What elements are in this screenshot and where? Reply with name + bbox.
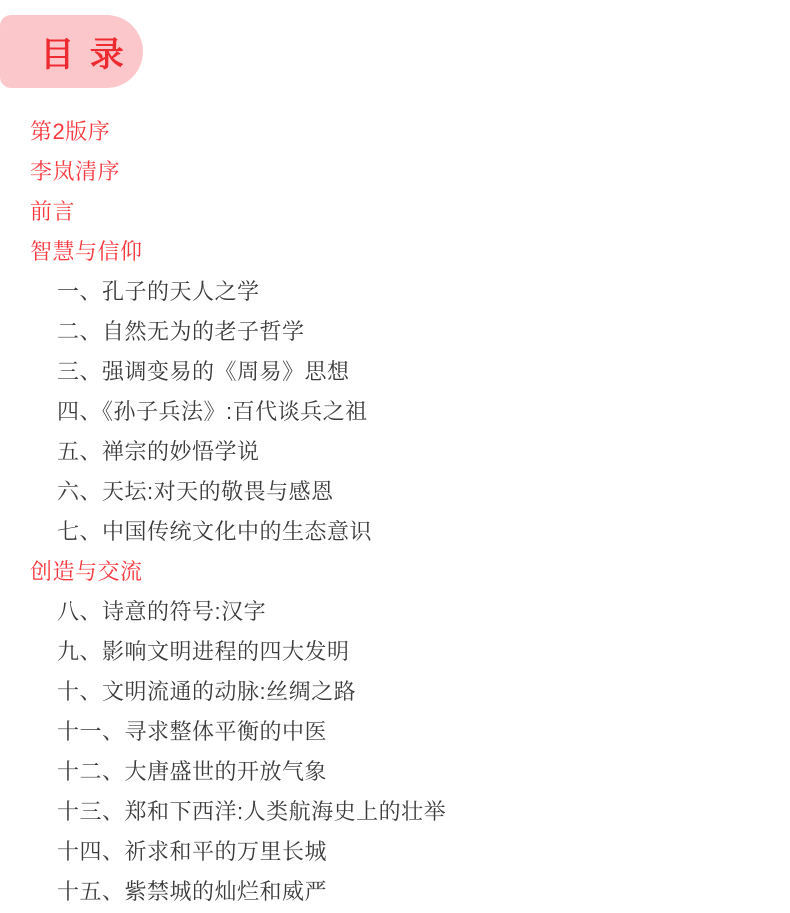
toc-entry: 五、禅宗的妙悟学说 [0,432,790,472]
toc-list: 第2版序李岚清序前言智慧与信仰一、孔子的天人之学二、自然无为的老子哲学三、强调变… [0,112,790,912]
toc-section-heading: 第2版序 [0,112,790,152]
toc-entry: 八、诗意的符号:汉字 [0,592,790,632]
toc-section-heading: 创造与交流 [0,552,790,592]
toc-entry: 七、中国传统文化中的生态意识 [0,512,790,552]
toc-entry: 十、文明流通的动脉:丝绸之路 [0,672,790,712]
toc-entry: 十四、祈求和平的万里长城 [0,832,790,872]
toc-entry: 一、孔子的天人之学 [0,272,790,312]
toc-entry: 二、自然无为的老子哲学 [0,312,790,352]
toc-entry: 四、《孙子兵法》:百代谈兵之祖 [0,392,790,432]
toc-section-heading: 智慧与信仰 [0,232,790,272]
toc-entry: 十五、紫禁城的灿烂和威严 [0,872,790,912]
toc-entry: 六、天坛:对天的敬畏与感恩 [0,472,790,512]
toc-entry: 九、影响文明进程的四大发明 [0,632,790,672]
toc-entry: 十一、寻求整体平衡的中医 [0,712,790,752]
toc-section-heading: 李岚清序 [0,152,790,192]
toc-badge: 目 录 [0,15,143,88]
toc-badge-label: 目 录 [40,27,126,76]
toc-page: 目 录 第2版序李岚清序前言智慧与信仰一、孔子的天人之学二、自然无为的老子哲学三… [0,0,790,913]
toc-entry: 十三、郑和下西洋:人类航海史上的壮举 [0,792,790,832]
toc-entry: 三、强调变易的《周易》思想 [0,352,790,392]
toc-section-heading: 前言 [0,192,790,232]
toc-entry: 十二、大唐盛世的开放气象 [0,752,790,792]
